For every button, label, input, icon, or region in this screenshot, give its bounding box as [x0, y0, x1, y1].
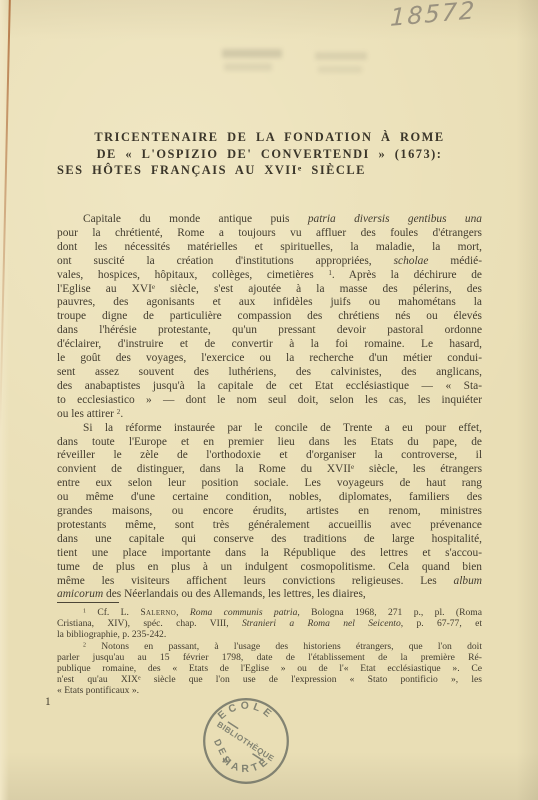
text-line: l'Eglise au XVIe siècle, s'est ajoutée à…	[57, 283, 482, 297]
text-line: 2 Notons en passant, à l'usage des histo…	[57, 641, 482, 652]
text-line: DE « L'OSPIZIO DE' CONVERTENDI » (1673):	[57, 146, 482, 163]
paragraph: Si la réforme instaurée par le concile d…	[57, 422, 482, 603]
text-line: publique romaine, des « Etats de l'Eglis…	[57, 663, 482, 674]
text-line: pour la chrétienté, Rome a toujours vu a…	[57, 227, 482, 241]
library-stamp: ECOLE CHARTES DES BIBLIOTHÈQUE	[186, 684, 306, 798]
page-number: 1	[45, 696, 51, 708]
paragraph: Capitale du monde antique puis patria di…	[57, 213, 482, 422]
scanned-page: 18572 TRICENTENAIRE DE LA FONDATION À RO…	[0, 0, 538, 800]
footnote: 1 Cf. L. Salerno, Roma communis patria, …	[57, 607, 482, 641]
ink-bleedthrough	[222, 49, 282, 58]
text-line: entre eux selon leur position sociale. L…	[57, 477, 482, 491]
text-line: convient de distinguer, dans la Rome du …	[57, 463, 482, 477]
text-line: dans l'hérésie protestante, qu'un pressa…	[57, 324, 482, 338]
footnote-separator	[57, 602, 119, 603]
article-title: TRICENTENAIRE DE LA FONDATION À ROMEDE «…	[57, 129, 482, 179]
text-line: 1 Cf. L. Salerno, Roma communis patria, …	[57, 607, 482, 618]
ink-bleedthrough	[224, 63, 272, 71]
text-line: des anabaptistes jusqu'à la capitale de …	[57, 380, 482, 394]
text-line: dans toute l'Europe et en premier lieu d…	[57, 436, 482, 450]
text-line: tume de plus en plus à un indulgent cosm…	[57, 561, 482, 575]
text-line: SES HÔTES FRANÇAIS AU XVIIe SIÈCLE	[57, 162, 482, 179]
text-line: même les visiteurs affichent leurs convi…	[57, 575, 482, 589]
text-line: troupe digne de particulière compassion …	[57, 310, 482, 324]
stamp-word-des: DES	[211, 737, 233, 767]
text-line: réveiller le zèle de l'orthodoxie et d'o…	[57, 449, 482, 463]
text-line: vales, hospices, hôpitaux, collèges, cim…	[57, 269, 482, 283]
text-line: grandes maisons, ou encore érudits, arti…	[57, 505, 482, 519]
text-line: amicorum des Néerlandais ou des Allemand…	[57, 588, 482, 602]
text-line: ou même d'une certaine condition, nobles…	[57, 491, 482, 505]
text-line: Si la réforme instaurée par le concile d…	[57, 422, 482, 436]
text-line: la bibliographie, p. 235-242.	[57, 629, 482, 640]
text-line: pauvres, des agonisants et aux infidèles…	[57, 296, 482, 310]
text-line: parler jusqu'au au 15 février 1798, date…	[57, 652, 482, 663]
body-text: Capitale du monde antique puis patria di…	[57, 213, 482, 602]
text-line: protestants même, sont très généralement…	[57, 519, 482, 533]
text-line: dont les nécessités matérielles et spiri…	[57, 241, 482, 255]
text-line: d'éclairer, d'instruire et de convertir …	[57, 338, 482, 352]
text-line: Cristiana, XIV), spéc. chap. VIII, Stran…	[57, 618, 482, 629]
text-line: sent assez souvent des luthériens, des c…	[57, 366, 482, 380]
text-line: le goût des voyages, l'exercice ou la re…	[57, 352, 482, 366]
text-line: TRICENTENAIRE DE LA FONDATION À ROME	[57, 129, 482, 146]
text-line: ou les attirer 2.	[57, 408, 482, 422]
text-line: tient une place importante dans la Répub…	[57, 547, 482, 561]
text-line: Capitale du monde antique puis patria di…	[57, 213, 482, 227]
ink-bleedthrough	[318, 66, 362, 73]
handwritten-shelfmark: 18572	[390, 0, 477, 32]
text-line: to ecclesiastico » — dont le nom seul do…	[57, 394, 482, 408]
ink-bleedthrough	[315, 52, 367, 60]
text-line: dans une capitale qui conserve des tradi…	[57, 533, 482, 547]
text-line: ont suscité la création d'institutions a…	[57, 255, 482, 269]
